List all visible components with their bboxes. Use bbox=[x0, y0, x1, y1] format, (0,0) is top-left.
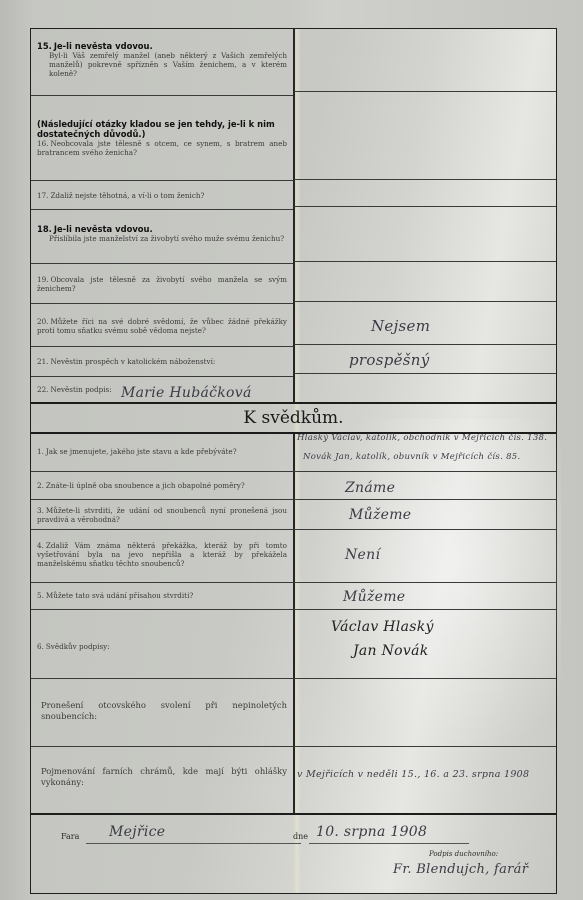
witness-signature-2: Jan Novák bbox=[353, 643, 429, 659]
question-text: Jak se jmenujete, jakého jste stavu a kd… bbox=[46, 447, 237, 456]
question-number: 15. bbox=[37, 41, 52, 51]
row-line bbox=[31, 746, 556, 747]
question-number: 22. bbox=[37, 385, 48, 394]
row-line bbox=[294, 206, 556, 207]
question-heading: Je-li nevěsta vdovou. bbox=[54, 41, 153, 51]
answer-20: Nejsem bbox=[371, 317, 430, 335]
parental-consent-label: Pronešení otcovského svolení při nepinol… bbox=[41, 700, 287, 722]
question-18: 18.Je-li nevěsta vdovou. Přislíbila jste… bbox=[31, 224, 293, 243]
question-text: Neobcovala jste tělesně s otcem, ce syne… bbox=[37, 139, 287, 157]
date-value: 10. srpna 1908 bbox=[316, 824, 427, 840]
banns-parishes: Pojmenování farních chrámů, kde mají být… bbox=[31, 766, 293, 788]
row-line bbox=[31, 376, 293, 377]
question-number: 1. bbox=[37, 447, 44, 456]
row-line bbox=[294, 301, 556, 302]
row-line bbox=[31, 529, 556, 530]
row-line bbox=[31, 209, 293, 210]
row-line bbox=[31, 471, 556, 472]
witness-question-4: 4.Zdaliž Vám známa některá překážka, kte… bbox=[31, 541, 293, 568]
light-glare bbox=[301, 419, 561, 779]
question-21: 21.Nevěstin prospěch v katolickém nábože… bbox=[31, 357, 293, 366]
row-line bbox=[294, 344, 556, 345]
witness-answer-3: Můžeme bbox=[349, 507, 411, 523]
question-text: Byl-li Váš zemřelý manžel (aneb některý … bbox=[37, 51, 287, 78]
row-line bbox=[31, 582, 556, 583]
banns-answer: v Mejřicích v neděli 15., 16. a 23. srpn… bbox=[297, 769, 529, 780]
question-text: Znáte-li úplně oba snoubence a jich obap… bbox=[46, 481, 245, 490]
question-17: 17.Zdaliž nejste těhotná, a ví-li o tom … bbox=[31, 191, 293, 200]
row-line bbox=[31, 303, 293, 304]
question-15: 15.Je-li nevěsta vdovou. Byl-li Váš zemř… bbox=[31, 41, 293, 78]
witness-question-5: 5.Můžete tato svá udání přísahou stvrdit… bbox=[31, 591, 293, 600]
question-number: 6. bbox=[37, 642, 44, 651]
question-text: Svědkův podpisy: bbox=[46, 642, 110, 651]
section-line bbox=[31, 813, 556, 815]
signature-label: Podpis duchovního: bbox=[429, 850, 498, 858]
question-number: 20. bbox=[37, 317, 48, 326]
question-text: Můžete-li stvrditi, že udání od snoubenc… bbox=[37, 506, 287, 524]
question-text: Obcovala jste tělesně za živobytí svého … bbox=[37, 275, 287, 293]
witness-question-2: 2.Znáte-li úplně oba snoubence a jich ob… bbox=[31, 481, 293, 490]
column-divider-lower bbox=[293, 433, 295, 813]
witness-answer-2: Známe bbox=[345, 480, 395, 496]
row-line bbox=[31, 346, 293, 347]
question-text: Zdaliž Vám známa některá překážka, která… bbox=[37, 541, 287, 568]
witness-answer-1-line-2: Novák Jan, katolík, obuvník v Mejřicích … bbox=[303, 452, 521, 462]
witness-answer-1-line-1: Hlaský Václav, katolík, obchodník v Mejř… bbox=[297, 433, 547, 443]
parental-consent: Pronešení otcovského svolení při nepinol… bbox=[31, 700, 293, 722]
row-line bbox=[31, 95, 293, 96]
question-text: Přislíbila jste manželství za živobytí s… bbox=[37, 234, 287, 243]
question-number: 4. bbox=[37, 541, 44, 550]
witness-section-title: K svědkům. bbox=[31, 403, 556, 433]
row-line bbox=[31, 180, 293, 181]
question-number: 3. bbox=[37, 506, 44, 515]
question-text: Nevěstin podpis: bbox=[50, 385, 111, 394]
question-number: 19. bbox=[37, 275, 48, 284]
row-line bbox=[31, 263, 293, 264]
parish-label: Fara bbox=[61, 832, 79, 841]
question-heading: Je-li nevěsta vdovou. bbox=[54, 224, 153, 234]
witness-question-3: 3.Můžete-li stvrditi, že udání od snoube… bbox=[31, 506, 293, 524]
question-text: Můžete říci na své dobré svědomí, že vůb… bbox=[37, 317, 287, 335]
bride-signature: Marie Hubáčková bbox=[121, 385, 252, 401]
row-line bbox=[294, 373, 556, 374]
row-line bbox=[31, 499, 556, 500]
witness-question-6: 6.Svědkův podpisy: bbox=[31, 642, 293, 651]
date-label: dne bbox=[293, 832, 308, 841]
question-20: 20.Můžete říci na své dobré svědomí, že … bbox=[31, 317, 293, 335]
witness-answer-5: Můžeme bbox=[343, 589, 405, 605]
conditional-note: (Následující otázky kladou se jen tehdy,… bbox=[37, 119, 287, 139]
question-16: (Následující otázky kladou se jen tehdy,… bbox=[31, 119, 293, 157]
question-number: 5. bbox=[37, 591, 44, 600]
row-line bbox=[31, 609, 556, 610]
question-text: Zdaliž nejste těhotná, a ví-li o tom žen… bbox=[50, 191, 204, 200]
question-19: 19.Obcovala jste tělesně za živobytí své… bbox=[31, 275, 293, 293]
question-number: 16. bbox=[37, 139, 48, 148]
question-text: Můžete tato svá udání přísahou stvrditi? bbox=[46, 591, 193, 600]
date-line bbox=[309, 843, 469, 844]
parish-line bbox=[86, 843, 301, 844]
column-divider-upper bbox=[293, 29, 295, 403]
banns-label: Pojmenování farních chrámů, kde mají být… bbox=[41, 766, 287, 788]
question-number: 17. bbox=[37, 191, 48, 200]
row-line bbox=[294, 261, 556, 262]
priest-signature: Fr. Blendujch, farář bbox=[393, 862, 528, 877]
question-text: Nevěstin prospěch v katolickém náboženst… bbox=[50, 357, 215, 366]
row-line bbox=[31, 678, 556, 679]
row-line bbox=[294, 179, 556, 180]
witness-answer-4: Není bbox=[345, 547, 380, 563]
answer-21: prospěšný bbox=[349, 351, 430, 369]
row-line bbox=[294, 91, 556, 92]
marriage-protocol-form: 15.Je-li nevěsta vdovou. Byl-li Váš zemř… bbox=[30, 28, 557, 894]
witness-question-1: 1.Jak se jmenujete, jakého jste stavu a … bbox=[31, 447, 293, 456]
question-number: 18. bbox=[37, 224, 52, 234]
witness-signature-1: Václav Hlaský bbox=[331, 619, 434, 635]
question-number: 21. bbox=[37, 357, 48, 366]
question-number: 2. bbox=[37, 481, 44, 490]
parish-value: Mejřice bbox=[109, 824, 165, 840]
